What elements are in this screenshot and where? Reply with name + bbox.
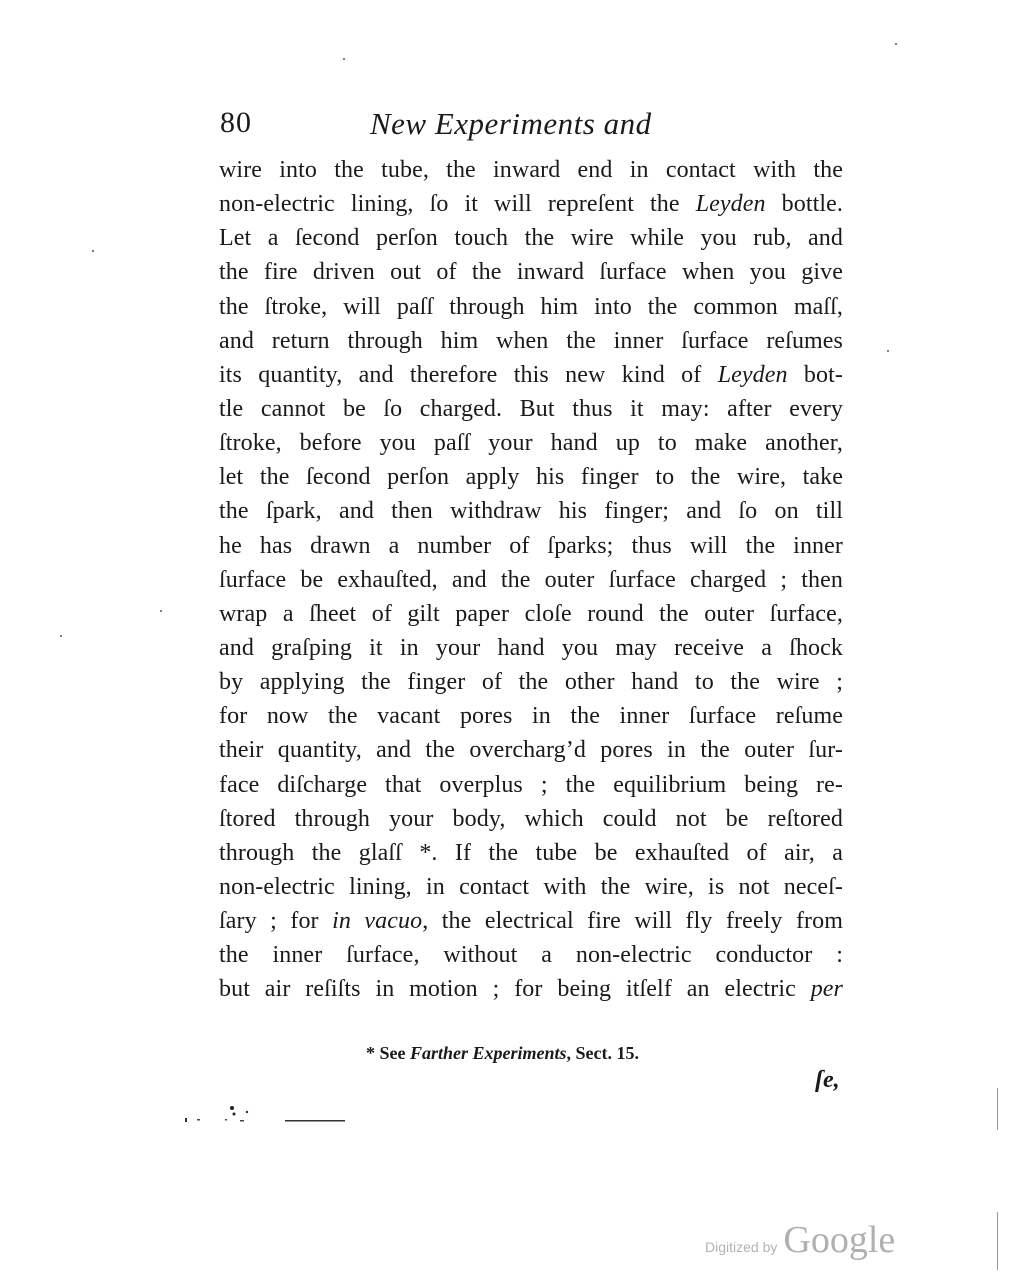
text-segment: face diſcharge that overplus ; the equil… [219, 772, 843, 798]
text-segment: , the electrical fire will fly freely fr… [422, 908, 843, 934]
text-segment: non-electric lining, in contact with the… [219, 874, 843, 900]
scanned-book-page: 80 New Experiments and wire into the tub… [0, 0, 1014, 1282]
text-line: ſary ; for in vacuo, the electrical fire… [219, 904, 843, 938]
text-line: the inner ſurface, without a non-electri… [219, 938, 843, 972]
footnote: * See Farther Experiments, Sect. 15. [366, 1043, 639, 1064]
text-segment: tle cannot be ſo charged. But thus it ma… [219, 396, 843, 422]
text-segment: the fire driven out of the inward ſurfac… [219, 259, 843, 285]
text-line: its quantity, and therefore this new kin… [219, 358, 843, 392]
text-line: the ſtroke, will paſſ through him into t… [219, 290, 843, 324]
scan-speck [895, 43, 897, 45]
text-line: wrap a ſheet of gilt paper cloſe round t… [219, 597, 843, 631]
text-segment: bot- [788, 362, 843, 388]
text-segment: ſtored through your body, which could no… [219, 806, 843, 832]
text-segment: let the ſecond perſon apply his finger t… [219, 464, 843, 490]
text-segment: ſurface be exhauſted, and the outer ſurf… [219, 567, 843, 593]
text-line: non-electric lining, in contact with the… [219, 870, 843, 904]
text-segment: ſary ; for [219, 908, 332, 934]
italic-segment: per [811, 976, 843, 1002]
scan-speck [343, 58, 345, 60]
text-segment: ſtroke, before you paſſ your hand up to … [219, 430, 843, 456]
text-segment: and graſping it in your hand you may rec… [219, 635, 843, 661]
scan-specks [185, 1098, 355, 1128]
scan-edge-line [997, 1212, 998, 1270]
scan-speck [160, 610, 162, 612]
text-line: and return through him when the inner ſu… [219, 324, 843, 358]
text-segment: for now the vacant pores in the inner ſu… [219, 703, 843, 729]
text-line: ſtored through your body, which could no… [219, 802, 843, 836]
digitized-by-google-watermark: Digitized by Google [705, 1218, 895, 1262]
text-segment: by applying the finger of the other hand… [219, 669, 843, 695]
scan-edge-line [997, 1088, 998, 1130]
text-segment: bottle. [766, 191, 843, 217]
watermark-brand: Google [783, 1219, 895, 1261]
text-line: wire into the tube, the inward end in co… [219, 153, 843, 187]
italic-segment: in vacuo [332, 908, 422, 934]
text-line: ſtroke, before you paſſ your hand up to … [219, 426, 843, 460]
text-line: tle cannot be ſo charged. But thus it ma… [219, 392, 843, 426]
text-line: and graſping it in your hand you may rec… [219, 631, 843, 665]
page-number: 80 [220, 106, 252, 140]
running-title: New Experiments and [370, 106, 652, 142]
text-segment: the inner ſurface, without a non-electri… [219, 942, 843, 968]
text-line: ſurface be exhauſted, and the outer ſurf… [219, 563, 843, 597]
text-line: Let a ſecond perſon touch the wire while… [219, 221, 843, 255]
footnote-italic-title: Farther Experiments [410, 1043, 567, 1063]
text-line: but air reſiſts in motion ; for being it… [219, 972, 843, 1006]
text-line: by applying the finger of the other hand… [219, 665, 843, 699]
text-segment: he has drawn a number of ſparks; thus wi… [219, 533, 843, 559]
text-line: the ſpark, and then withdraw his finger;… [219, 494, 843, 528]
text-segment: their quantity, and the overcharg’d pore… [219, 737, 843, 763]
text-segment: but air reſiſts in motion ; for being it… [219, 976, 811, 1002]
italic-segment: Leyden [718, 362, 788, 388]
scan-speck [60, 635, 62, 637]
text-segment: through the glaſſ *. If the tube be exha… [219, 840, 843, 866]
text-segment: Let a ſecond perſon touch the wire while… [219, 225, 843, 251]
text-line: through the glaſſ *. If the tube be exha… [219, 836, 843, 870]
text-segment: the ſtroke, will paſſ through him into t… [219, 294, 843, 320]
text-line: non-electric lining, ſo it will repreſen… [219, 187, 843, 221]
text-segment: the ſpark, and then withdraw his finger;… [219, 498, 843, 524]
text-segment: its quantity, and therefore this new kin… [219, 362, 718, 388]
text-segment: non-electric lining, ſo it will repreſen… [219, 191, 696, 217]
text-line: he has drawn a number of ſparks; thus wi… [219, 529, 843, 563]
scan-speck [92, 250, 94, 252]
footnote-text-after: , Sect. 15. [567, 1043, 639, 1063]
catchword: ſe, [815, 1067, 840, 1094]
text-line: for now the vacant pores in the inner ſu… [219, 699, 843, 733]
text-segment: wire into the tube, the inward end in co… [219, 157, 843, 183]
scan-speck [887, 350, 889, 352]
footnote-marker: * [366, 1043, 375, 1063]
text-line: their quantity, and the overcharg’d pore… [219, 733, 843, 767]
running-head: 80 New Experiments and [220, 106, 850, 146]
footnote-text-before: See [375, 1043, 410, 1063]
text-line: the fire driven out of the inward ſurfac… [219, 255, 843, 289]
body-text: wire into the tube, the inward end in co… [219, 153, 843, 1007]
watermark-prefix: Digitized by [705, 1239, 777, 1255]
text-segment: wrap a ſheet of gilt paper cloſe round t… [219, 601, 843, 627]
italic-segment: Leyden [696, 191, 766, 217]
text-line: let the ſecond perſon apply his finger t… [219, 460, 843, 494]
text-segment: and return through him when the inner ſu… [219, 328, 843, 354]
text-line: face diſcharge that overplus ; the equil… [219, 768, 843, 802]
